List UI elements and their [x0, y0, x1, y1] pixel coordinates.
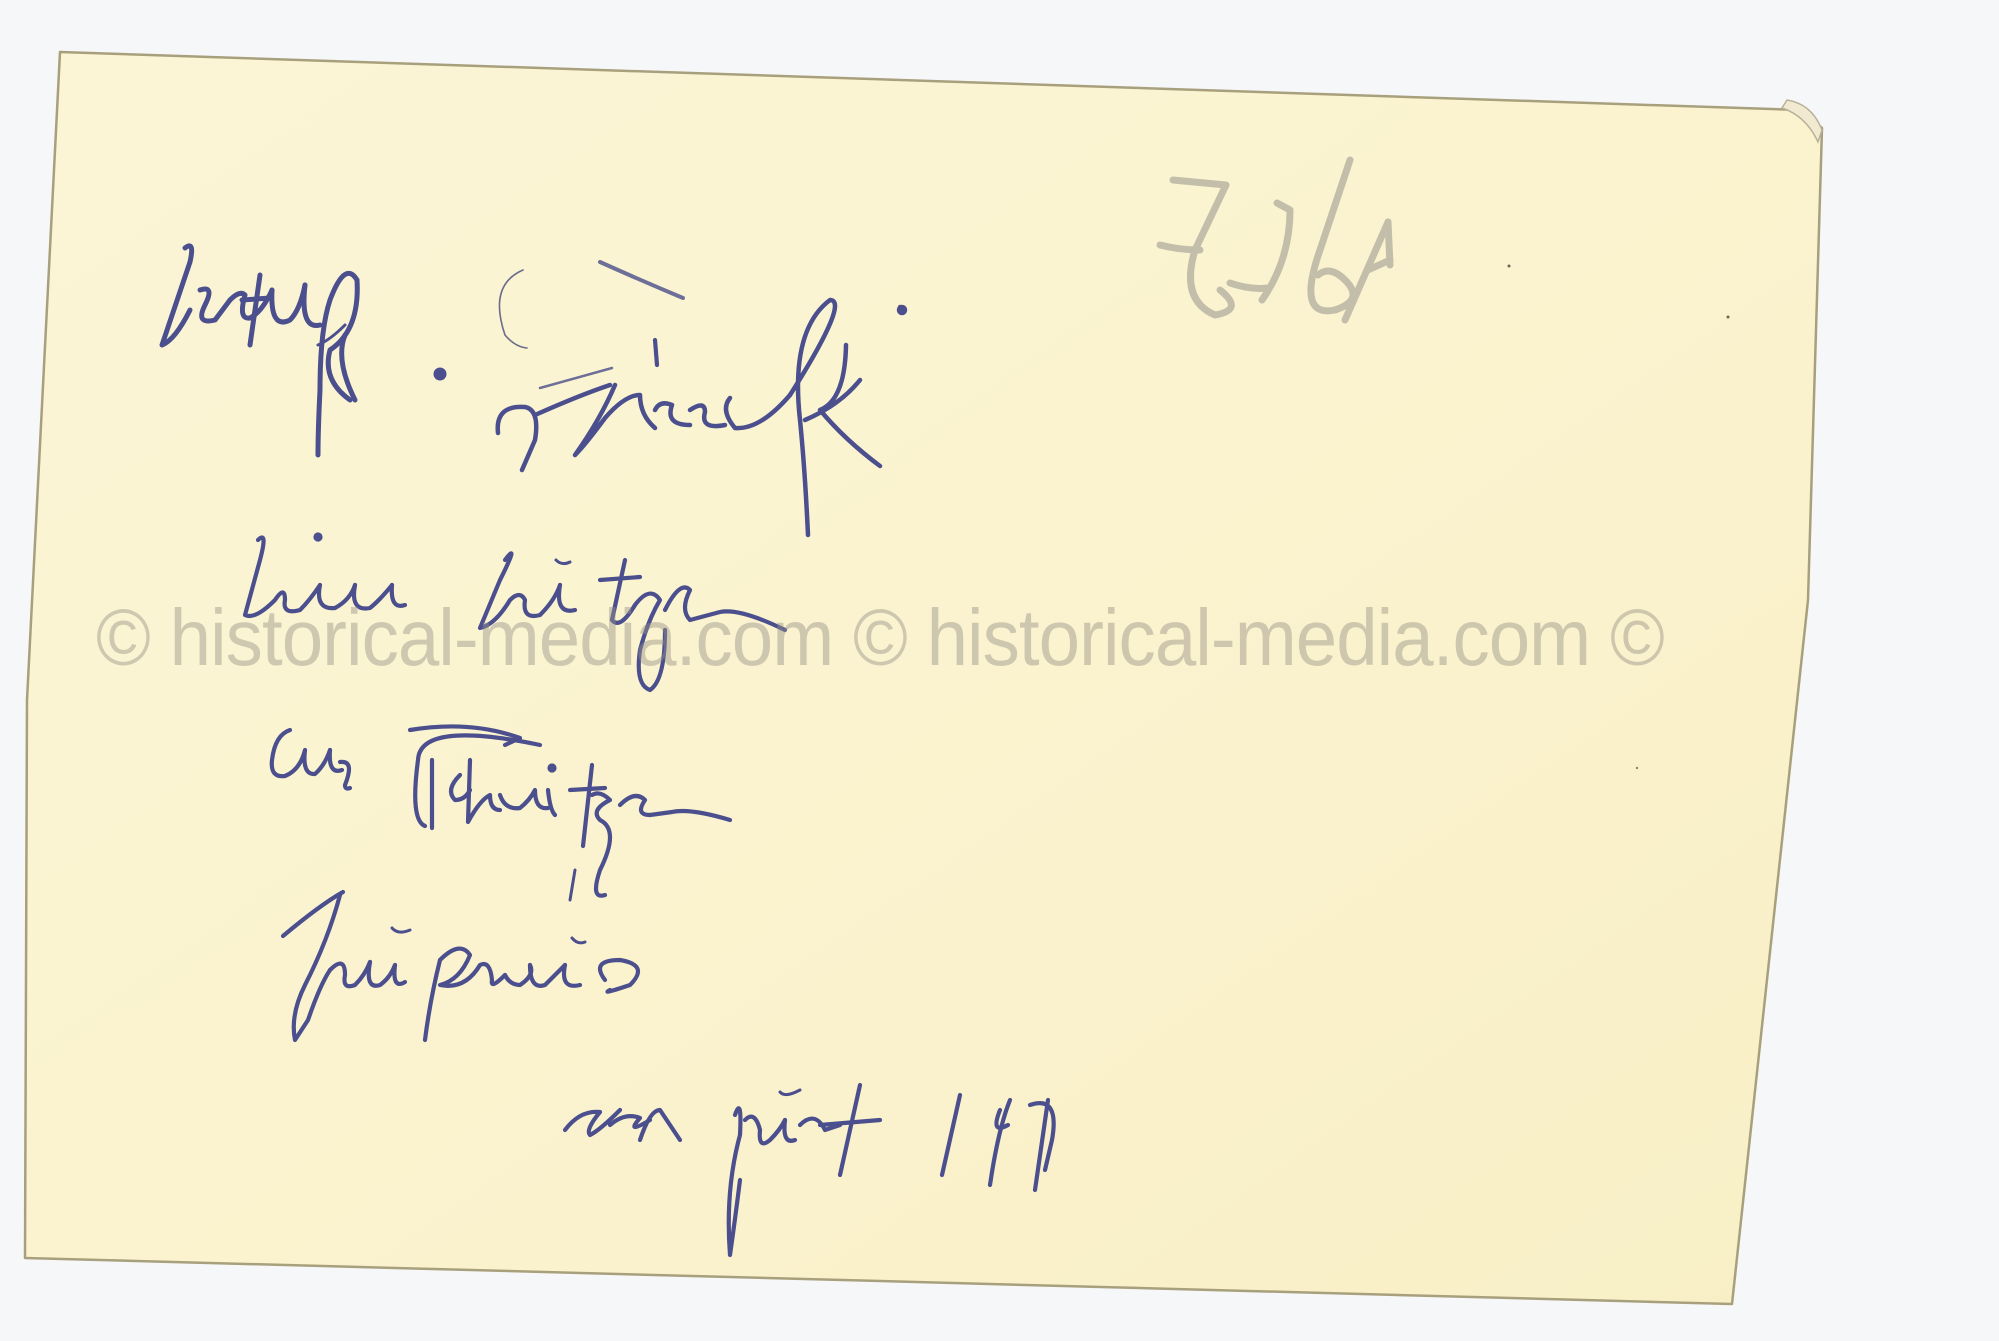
scanned-card-page: © historical-media.com © historical-medi… [0, 0, 1999, 1341]
card-scan [0, 0, 1999, 1341]
postcard [25, 52, 1822, 1304]
